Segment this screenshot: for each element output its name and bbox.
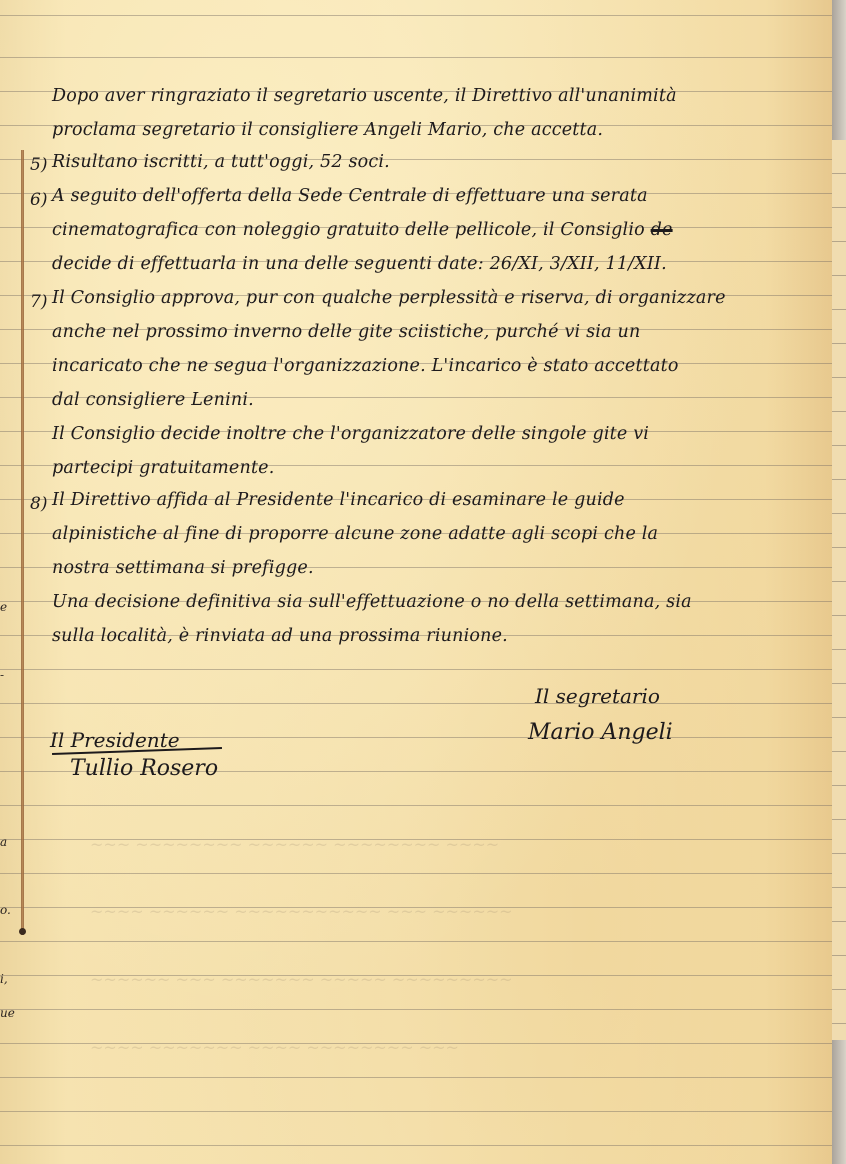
next-page-edge [832, 0, 846, 1164]
president-signature: Tullio Rosero [70, 756, 218, 781]
bleed-through-text: ~~~~ ~~~~~~~ ~~~~ ~~~~~~~~ ~~~ [90, 1038, 792, 1057]
minutes-line: cinematografica con noleggio gratuito de… [52, 220, 812, 240]
underlying-page [832, 140, 846, 1040]
margin-fragment: - [0, 668, 4, 682]
notebook-page: e - a o. i, ue Dopo aver ringraziato il … [0, 0, 832, 1164]
minutes-line: nostra settimana si prefigge. [52, 558, 812, 578]
item-number: 8) [30, 494, 47, 514]
bleed-through-text: ~~~ ~~~~~~~~ ~~~~~~ ~~~~~~~~ ~~~~ [90, 835, 792, 854]
minutes-line: incaricato che ne segua l'organizzazione… [52, 356, 812, 376]
minutes-line: Il Consiglio approva, pur con qualche pe… [52, 288, 812, 308]
item-number: 7) [30, 292, 47, 312]
minutes-line: Risultano iscritti, a tutt'oggi, 52 soci… [52, 152, 812, 172]
minutes-line: alpinistiche al fine di proporre alcune … [52, 524, 812, 544]
minutes-line: dal consigliere Lenini. [52, 390, 812, 410]
minutes-line: anche nel prossimo inverno delle gite sc… [52, 322, 812, 342]
minutes-line: proclama segretario il consigliere Angel… [52, 120, 812, 140]
minutes-line: partecipi gratuitamente. [52, 458, 812, 478]
margin-fragment: e [0, 600, 7, 614]
bleed-through-text: ~~~~~~ ~~~ ~~~~~~~ ~~~~~ ~~~~~~~~~ [90, 970, 792, 989]
item-number: 5) [30, 155, 47, 175]
minutes-line: sulla località, è rinviata ad una prossi… [52, 626, 812, 646]
minutes-line: Il Direttivo affida al Presidente l'inca… [52, 490, 812, 510]
minutes-line: decide di effettuarla in una delle segue… [52, 254, 812, 274]
margin-rule [21, 150, 24, 935]
bleed-through-text: ~~~~ ~~~~~~ ~~~~~~~~~~~ ~~~ ~~~~~~ [90, 902, 792, 921]
secretary-signature: Mario Angeli [528, 720, 673, 745]
margin-fragment: i, [0, 972, 8, 986]
margin-fragment: ue [0, 1006, 15, 1020]
margin-fragment: o. [0, 903, 11, 917]
minutes-line-text: cinematografica con noleggio gratuito de… [52, 220, 645, 240]
minutes-line: Una decisione definitiva sia sull'effett… [52, 592, 812, 612]
struck-word: de [651, 220, 673, 240]
minutes-line: A seguito dell'offerta della Sede Centra… [52, 186, 812, 206]
minutes-line: Dopo aver ringraziato il segretario usce… [52, 86, 812, 106]
secretary-role: Il segretario [535, 684, 660, 708]
margin-ink-blot [19, 928, 26, 935]
margin-fragment: a [0, 835, 7, 849]
minutes-line: Il Consiglio decide inoltre che l'organi… [52, 424, 812, 444]
item-number: 6) [30, 190, 47, 210]
